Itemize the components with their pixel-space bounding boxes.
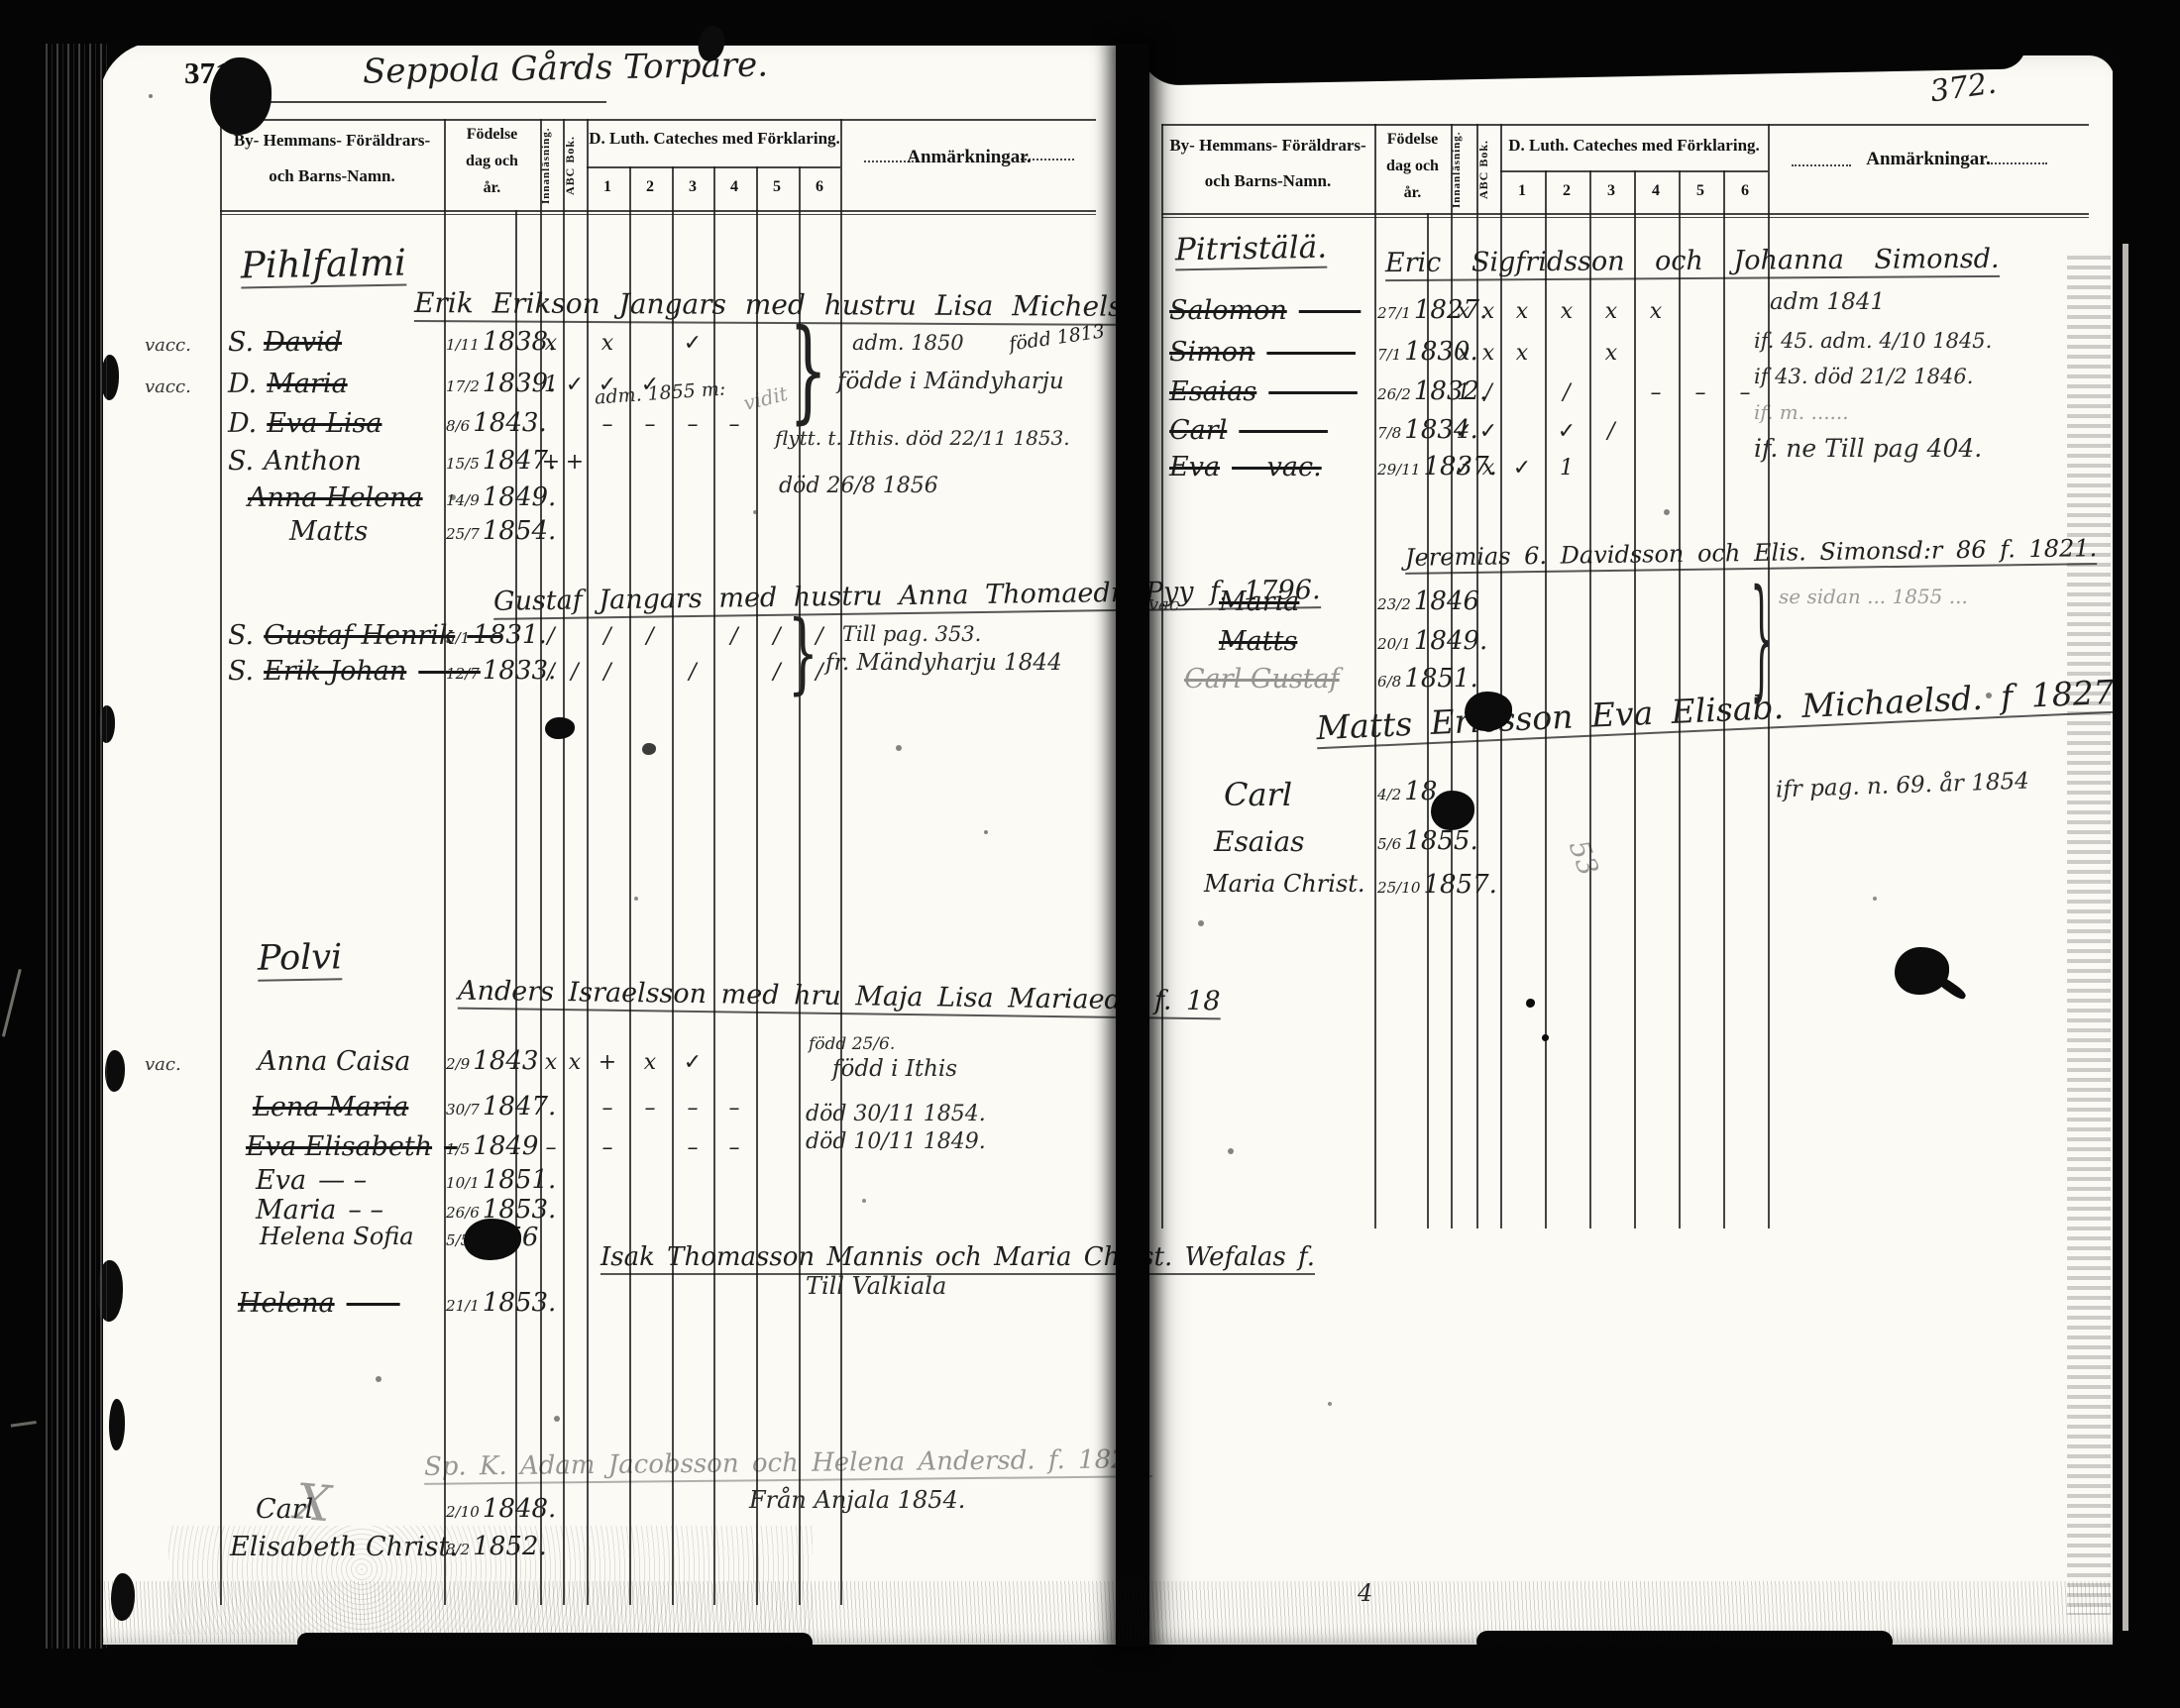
catechism-mark: x xyxy=(1475,458,1501,480)
grid-line xyxy=(1161,217,2089,218)
record-row-name: Anna Helena xyxy=(248,484,423,511)
birth-date: 5/61855. xyxy=(1377,828,1478,854)
remark-note: född i Ithis xyxy=(832,1058,957,1081)
catechism-mark: – xyxy=(637,1098,663,1120)
catechism-number: 1 xyxy=(1510,182,1534,200)
catechism-mark: – xyxy=(721,1137,747,1159)
catechism-mark: ✓ xyxy=(562,374,588,396)
record-row-name: Eva Elisabeth– xyxy=(246,1133,458,1160)
catechism-mark: 1 xyxy=(538,374,564,396)
birth-year: 1854. xyxy=(483,516,556,546)
record-row-name: Anna Caisa xyxy=(258,1048,410,1075)
remark-note: adm. 1850 xyxy=(852,333,964,354)
record-row-name: Salomon— — xyxy=(1169,297,1361,324)
birth-date: 14/91849. xyxy=(446,484,556,510)
margin-note: vacc. xyxy=(145,337,191,355)
catechism-mark: ✓ xyxy=(1451,458,1476,480)
birth-day: 2/10 xyxy=(446,1503,480,1521)
birth-year: 1851. xyxy=(1404,664,1477,694)
grid-line xyxy=(1634,170,1636,213)
ink-bleedthrough-column xyxy=(2067,256,2111,1615)
record-row-name: Carl xyxy=(1224,779,1292,810)
section-heading: Pihlfalmi xyxy=(241,245,407,289)
record-row-name: Helena Sofia xyxy=(260,1225,414,1248)
birth-date: 30/71847. xyxy=(446,1094,556,1120)
catechism-mark: / xyxy=(721,626,747,648)
grid-line xyxy=(713,166,715,210)
catechism-mark: – xyxy=(595,414,620,436)
person-name: Esaias xyxy=(1169,376,1256,407)
person-name: Maria xyxy=(1219,587,1299,617)
brace-mark: } xyxy=(1750,573,1774,703)
scanned-register-spread: 371. Seppola Gårds Torpare. 372. By- Hem… xyxy=(0,0,2180,1708)
catechism-mark: ✓ xyxy=(680,1052,706,1074)
remark-note: X xyxy=(293,1477,333,1530)
catechism-mark: – xyxy=(1688,382,1713,404)
birth-day: 12/7 xyxy=(446,665,480,683)
grid-line xyxy=(1500,170,1768,172)
record-row-name: Maria xyxy=(1219,588,1299,615)
remark-note: Till Valkiala xyxy=(806,1274,946,1298)
catechism-mark: / xyxy=(1598,421,1624,443)
remark-note: if 43. död 21/2 1846. xyxy=(1754,367,1973,387)
record-row-name: Esaias— —— xyxy=(1169,378,1358,405)
birth-date: 4/218 xyxy=(1377,779,1437,804)
birth-date: 6/81851. xyxy=(1377,666,1478,692)
column-header-birth-1: Födelse xyxy=(444,126,540,144)
remark-note: Från Anjala 1854. xyxy=(749,1488,965,1512)
record-row-name: S.Anthon xyxy=(228,448,362,475)
catechism-number: 6 xyxy=(808,178,831,196)
birth-date: 25/101857. xyxy=(1377,872,1497,898)
remark-note: Till pag. 353. xyxy=(842,624,981,645)
remark-note: född 25/6. xyxy=(809,1036,895,1053)
name-prefix: D. xyxy=(228,408,257,439)
birth-date: 2/101848. xyxy=(446,1496,556,1522)
catechism-mark: 1 xyxy=(1451,382,1476,404)
catechism-mark: – xyxy=(595,1098,620,1120)
grid-line xyxy=(1161,124,2089,126)
birth-day: 25/10 xyxy=(1377,879,1420,897)
catechism-mark: – xyxy=(1643,382,1669,404)
record-row-name: Carl— —— xyxy=(1169,417,1328,444)
birth-year: 1849 xyxy=(473,1131,538,1161)
name-prefix: S. xyxy=(228,446,254,477)
birth-date: 2/91843 xyxy=(446,1048,538,1074)
catechism-mark: x xyxy=(637,1052,663,1074)
catechism-mark: x xyxy=(1451,343,1476,365)
section-heading: Pitristälä. xyxy=(1175,233,1328,271)
column-header-abc: ABC Bok. xyxy=(1477,128,1501,211)
remark-note: adm 1841 xyxy=(1770,291,1885,314)
remark-note: födde i Mändyharju xyxy=(837,371,1064,393)
catechism-mark: – xyxy=(721,1098,747,1120)
grid-line xyxy=(220,214,1096,215)
grid-line xyxy=(629,210,631,1605)
birth-day: 17/2 xyxy=(446,377,480,395)
person-name: Matts xyxy=(289,516,368,547)
record-row-name: Esaias xyxy=(1214,828,1305,856)
birth-day: 27/1 xyxy=(1377,304,1411,322)
record-row-name: Lena Maria xyxy=(253,1094,408,1121)
birth-day: 5/6 xyxy=(1377,835,1401,853)
page-gutter xyxy=(1116,44,1149,1647)
birth-day: 23/2 xyxy=(1377,595,1411,613)
name-dash: — – xyxy=(318,1165,367,1196)
catechism-mark: ✓ xyxy=(1509,458,1535,480)
remark-note: if. m. ...... xyxy=(1754,402,1849,422)
person-name: Carl xyxy=(1224,776,1292,813)
record-row-name: Matts xyxy=(1219,628,1297,655)
bottomleft-mottle xyxy=(168,1526,813,1635)
birth-day: 29/11 xyxy=(1377,461,1420,479)
grid-line xyxy=(563,210,565,1605)
column-header-name-2: och Barns-Namn. xyxy=(1163,171,1372,191)
birth-year: 1847. xyxy=(483,1092,556,1121)
record-row-name: S.David xyxy=(228,329,342,356)
next-page-edge-sliver xyxy=(2123,244,2128,1631)
catechism-mark: – xyxy=(637,414,663,436)
catechism-number: 5 xyxy=(765,178,789,196)
person-name: Maria xyxy=(256,1195,336,1226)
catechism-number: 2 xyxy=(1555,182,1579,200)
catechism-mark: x xyxy=(1554,301,1580,323)
family-header-line: Erik Erikson Jangars med hustru Lisa Mic… xyxy=(414,289,1148,326)
catechism-number: 4 xyxy=(722,178,746,196)
person-name: Gustaf Henrik xyxy=(264,620,455,651)
birth-day: 10/1 xyxy=(446,1174,480,1192)
grid-line xyxy=(587,166,840,168)
birth-day: 21/1 xyxy=(446,1297,480,1315)
catechism-mark: + xyxy=(562,452,588,474)
catechism-mark: – xyxy=(538,1137,564,1159)
birth-day: 4/2 xyxy=(1377,786,1401,803)
birth-year: 1855. xyxy=(1404,826,1477,856)
person-name: Carl Gustaf xyxy=(1184,664,1340,694)
name-prefix: S. xyxy=(228,656,254,687)
grid-line xyxy=(1545,170,1547,213)
record-row-name: Helena—— xyxy=(238,1290,400,1317)
title-underline xyxy=(230,101,606,103)
catechism-mark: x xyxy=(538,333,564,355)
column-header-birth-2: dag och xyxy=(1374,158,1451,175)
catechism-mark: / xyxy=(1475,382,1501,404)
person-name: Anna Helena xyxy=(248,482,423,513)
column-header-birth-1: Födelse xyxy=(1374,131,1451,149)
birth-year: 1843. xyxy=(473,408,546,438)
column-header-remarks: Anmärkningar. xyxy=(1770,149,2087,170)
name-prefix: D. xyxy=(228,369,257,399)
catechism-number: 4 xyxy=(1644,182,1668,200)
person-name: Erik Johan xyxy=(264,656,406,687)
catechism-mark: / xyxy=(538,626,564,648)
record-row-name: Maria– – xyxy=(256,1197,383,1224)
catechism-mark: / xyxy=(538,662,564,684)
person-name: Esaias xyxy=(1214,825,1305,858)
remark-note: if. 45. adm. 4/10 1845. xyxy=(1754,331,1992,352)
column-header-abc: ABC Bok. xyxy=(564,123,587,208)
column-header-name-1: By- Hemmans- Föräldrars- xyxy=(222,131,442,151)
birth-day: 20/1 xyxy=(1377,635,1411,653)
grid-line xyxy=(713,210,715,1605)
column-header-remarks: Anmärkningar. xyxy=(842,147,1096,168)
birth-day: 26/6 xyxy=(446,1204,480,1222)
birth-day: 25/7 xyxy=(446,525,480,543)
grid-line xyxy=(840,210,842,1605)
person-name: Matts xyxy=(1219,626,1297,657)
catechism-mark: – xyxy=(595,1137,620,1159)
catechism-mark: x xyxy=(562,1052,588,1074)
catechism-number: 3 xyxy=(1599,182,1623,200)
grid-line xyxy=(672,166,674,210)
birth-day: 15/5 xyxy=(446,455,480,473)
remark-note: if. ne Till pag 404. xyxy=(1754,436,1982,461)
catechism-mark: x xyxy=(1598,343,1624,365)
person-name: Eva Lisa xyxy=(267,408,381,439)
catechism-mark: x xyxy=(1451,301,1476,323)
person-name: Maria Christ. xyxy=(1204,870,1365,898)
catechism-mark: / xyxy=(680,662,706,684)
grid-line xyxy=(220,119,1096,121)
birth-day: 7/8 xyxy=(1377,424,1401,442)
birth-year: 1857. xyxy=(1423,870,1496,900)
remark-note: död 30/11 1854. xyxy=(806,1104,986,1125)
person-name: Eva xyxy=(1169,452,1220,482)
catechism-mark: ✓ xyxy=(1554,421,1580,443)
remark-note: se sidan ... 1855 ... xyxy=(1779,587,1968,606)
birth-year: 1853. xyxy=(483,1288,556,1318)
catechism-mark: x xyxy=(1509,301,1535,323)
person-name: Eva Elisabeth xyxy=(246,1131,432,1162)
catechism-mark: x xyxy=(1598,301,1624,323)
birth-year: 1831. xyxy=(473,620,546,650)
catechism-number: 6 xyxy=(1733,182,1757,200)
name-dash: — —— xyxy=(1239,415,1328,446)
remark-note: död 26/8 1856 xyxy=(779,476,938,497)
birth-day: 26/2 xyxy=(1377,385,1411,403)
name-dash: —— xyxy=(347,1288,400,1319)
birth-day: 1/5 xyxy=(446,1140,470,1158)
birth-year: 1849. xyxy=(483,482,556,512)
margin-note: vac xyxy=(1148,596,1179,614)
margin-note: vacc. xyxy=(145,378,191,396)
catechism-mark: + xyxy=(538,452,564,474)
catechism-mark: x xyxy=(538,1052,564,1074)
person-name: Salomon xyxy=(1169,295,1287,326)
catechism-mark: ✓ xyxy=(1475,421,1501,443)
person-name: Simon xyxy=(1169,337,1254,368)
person-name: Carl xyxy=(1169,415,1227,446)
name-prefix: S. xyxy=(228,327,254,358)
person-name: David xyxy=(264,327,342,358)
grid-line xyxy=(220,210,222,1605)
catechism-number: 3 xyxy=(681,178,705,196)
birth-date: 25/71854. xyxy=(446,518,556,544)
record-row-name: Matts xyxy=(289,518,368,545)
margin-note: vac. xyxy=(145,1056,181,1074)
column-header-birth-3: år. xyxy=(444,179,540,197)
brace-mark: } xyxy=(789,315,827,426)
grid-line xyxy=(1161,213,1163,1228)
column-header-catechism: D. Luth. Cateches med Förklaring. xyxy=(589,129,840,149)
birth-year: 1849. xyxy=(1414,626,1487,656)
name-dash: – – xyxy=(348,1195,383,1226)
person-name: Eva xyxy=(256,1165,306,1196)
grid-line xyxy=(756,210,758,1605)
catechism-mark: – xyxy=(680,1098,706,1120)
grid-line xyxy=(629,166,631,210)
column-header-reading: Innanläsning. xyxy=(1451,128,1475,211)
birth-year: 1846 xyxy=(1414,587,1479,616)
grid-line xyxy=(1723,170,1725,213)
catechism-mark: 1 xyxy=(1554,458,1580,480)
name-prefix: S. xyxy=(228,620,254,651)
birth-date: 10/11851. xyxy=(446,1167,556,1193)
birth-date: 5/11831. xyxy=(446,622,547,648)
catechism-mark: + xyxy=(595,1052,620,1074)
birth-date: 21/11853. xyxy=(446,1290,556,1316)
birth-date: 1/51849 xyxy=(446,1133,538,1159)
grid-line xyxy=(587,210,589,1605)
birth-day: 14/9 xyxy=(446,491,480,509)
column-header-catechism: D. Luth. Cateches med Förklaring. xyxy=(1502,136,1766,156)
name-dash: — — xyxy=(1299,295,1362,326)
catechism-mark: / xyxy=(595,662,620,684)
catechism-mark: ✓ xyxy=(1451,421,1476,443)
column-header-birth-3: år. xyxy=(1374,184,1451,202)
birth-day: 30/7 xyxy=(446,1101,480,1119)
grid-line xyxy=(756,166,758,210)
record-row-name: Maria Christ. xyxy=(1204,872,1365,896)
catechism-number: 1 xyxy=(596,178,619,196)
birth-date: 8/61843. xyxy=(446,410,547,436)
catechism-mark: x xyxy=(1643,301,1669,323)
page-number-right: 372. xyxy=(1928,68,1998,107)
record-row-name: D.Eva Lisa xyxy=(228,410,381,437)
catechism-mark: / xyxy=(562,662,588,684)
family-header-line: Isak Thomasson Mannis och Maria Christ. … xyxy=(600,1244,1315,1275)
catechism-mark: ✓ xyxy=(680,333,706,355)
birth-day: 2/9 xyxy=(446,1055,470,1073)
record-row-name: Eva— – xyxy=(256,1167,367,1194)
birth-year: 1848. xyxy=(483,1494,556,1524)
column-header-name-2: och Barns-Namn. xyxy=(222,166,442,186)
grid-line xyxy=(220,210,1096,212)
section-heading: Polvi xyxy=(258,940,343,981)
name-dash: — vac. xyxy=(1232,452,1322,482)
record-row-name: D.Maria xyxy=(228,371,348,397)
remark-note: fr. Mändyharju 1844 xyxy=(825,652,1062,675)
book-edge-streaks xyxy=(46,44,107,1649)
birth-day: 5/1 xyxy=(446,629,470,647)
brace-mark: } xyxy=(788,609,818,696)
birth-year: 1843 xyxy=(473,1046,538,1076)
grid-line xyxy=(799,166,801,210)
person-name: Helena xyxy=(238,1288,335,1319)
catechism-mark: – xyxy=(721,414,747,436)
person-name: Lena Maria xyxy=(253,1092,408,1122)
catechism-mark: / xyxy=(637,626,663,648)
person-name: Anna Caisa xyxy=(258,1046,410,1077)
catechism-mark: x xyxy=(595,333,620,355)
record-row-name: Simon— —— xyxy=(1169,339,1356,366)
catechism-mark: / xyxy=(1554,382,1580,404)
catechism-mark: – xyxy=(680,414,706,436)
record-row-name: Carl Gustaf xyxy=(1184,666,1340,693)
scan-margin-bottom xyxy=(0,1645,2180,1708)
paper-specks xyxy=(149,94,153,98)
record-row-name: S.Erik Johan— — xyxy=(228,658,481,685)
grid-line xyxy=(672,210,674,1605)
name-dash: — —— xyxy=(1266,337,1356,368)
catechism-mark: / xyxy=(595,626,620,648)
catechism-mark: / xyxy=(764,662,790,684)
birth-day: 8/6 xyxy=(446,417,470,435)
column-header-name-1: By- Hemmans- Föräldrars- xyxy=(1163,136,1372,156)
birth-day: 1/11 xyxy=(446,336,480,354)
name-dash: — —— xyxy=(1268,376,1358,407)
catechism-mark: / xyxy=(764,626,790,648)
birth-day: 7/1 xyxy=(1377,346,1401,364)
catechism-mark: x xyxy=(1509,343,1535,365)
grid-line xyxy=(1589,170,1591,213)
birth-date: 20/11849. xyxy=(1377,628,1487,654)
catechism-number: 5 xyxy=(1689,182,1712,200)
catechism-mark: – xyxy=(680,1137,706,1159)
person-name: Helena Sofia xyxy=(260,1223,414,1250)
grid-line xyxy=(1679,170,1681,213)
birth-date: 23/21846 xyxy=(1377,588,1479,614)
family-header-line: Eric Sigfridsson och Johanna Simonsd. xyxy=(1385,246,2000,281)
person-name: Maria xyxy=(267,369,347,399)
person-name: Anthon xyxy=(264,446,362,477)
catechism-number: 2 xyxy=(638,178,662,196)
birth-day: 6/8 xyxy=(1377,673,1401,691)
birth-year: 1851. xyxy=(483,1165,556,1195)
record-row-name: Eva— vac. xyxy=(1169,454,1322,480)
grid-line xyxy=(1161,213,2089,215)
column-header-birth-2: dag och xyxy=(444,153,540,170)
column-header-reading: Innanläsning. xyxy=(540,123,563,208)
catechism-mark: x xyxy=(1475,301,1501,323)
catechism-mark: x xyxy=(1475,343,1501,365)
remark-note: död 10/11 1849. xyxy=(806,1131,986,1153)
